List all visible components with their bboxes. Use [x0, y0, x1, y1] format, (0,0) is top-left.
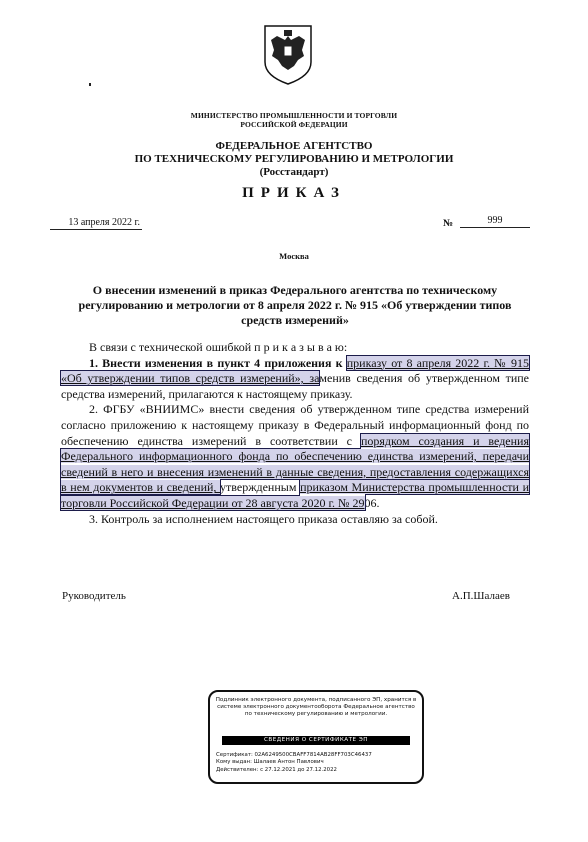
certificate-validity: Действителен: с 27.12.2021 до 27.12.2022 [216, 767, 372, 774]
agency-name: ФЕДЕРАЛЬНОЕ АГЕНТСТВО ПО ТЕХНИЧЕСКОМУ РЕ… [0, 140, 588, 179]
scan-mark [89, 83, 91, 86]
document-body: В связи с технической ошибкой п р и к а … [61, 340, 529, 527]
document-date: 13 апреля 2022 г. [50, 216, 142, 230]
stamp-info: Сертификат: 02A6249500CBAFF7814AB28FF703… [216, 752, 372, 774]
item-3: 3. Контроль за исполнением настоящего пр… [61, 512, 529, 528]
item-2: 2. ФГБУ «ВНИИМС» внести сведения об утве… [61, 402, 529, 511]
e-signature-stamp: Подлинник электронного документа, подпис… [208, 690, 424, 784]
certificate-owner: Кому выдан: Шалаев Антон Павлович [216, 759, 372, 766]
coat-of-arms-icon [262, 22, 314, 86]
signer-role: Руководитель [62, 590, 126, 602]
number-label: № [443, 218, 453, 229]
document-type: ПРИКАЗ [0, 185, 588, 202]
document-number: 999 [460, 214, 530, 228]
document-title: О внесении изменений в приказ Федерально… [60, 283, 530, 328]
city: Москва [0, 251, 588, 261]
stamp-title-bar: СВЕДЕНИЯ О СЕРТИФИКАТЕ ЭП [222, 736, 410, 745]
intro-paragraph: В связи с технической ошибкой п р и к а … [61, 340, 529, 356]
signer-name: А.П.Шалаев [452, 590, 510, 602]
stamp-header: Подлинник электронного документа, подпис… [214, 697, 418, 718]
item-1: 1. Внести изменения в пункт 4 приложения… [61, 356, 529, 403]
ministry-name: МИНИСТЕРСТВО ПРОМЫШЛЕННОСТИ И ТОРГОВЛИ Р… [0, 111, 588, 129]
certificate-id: Сертификат: 02A6249500CBAFF7814AB28FF703… [216, 752, 372, 759]
